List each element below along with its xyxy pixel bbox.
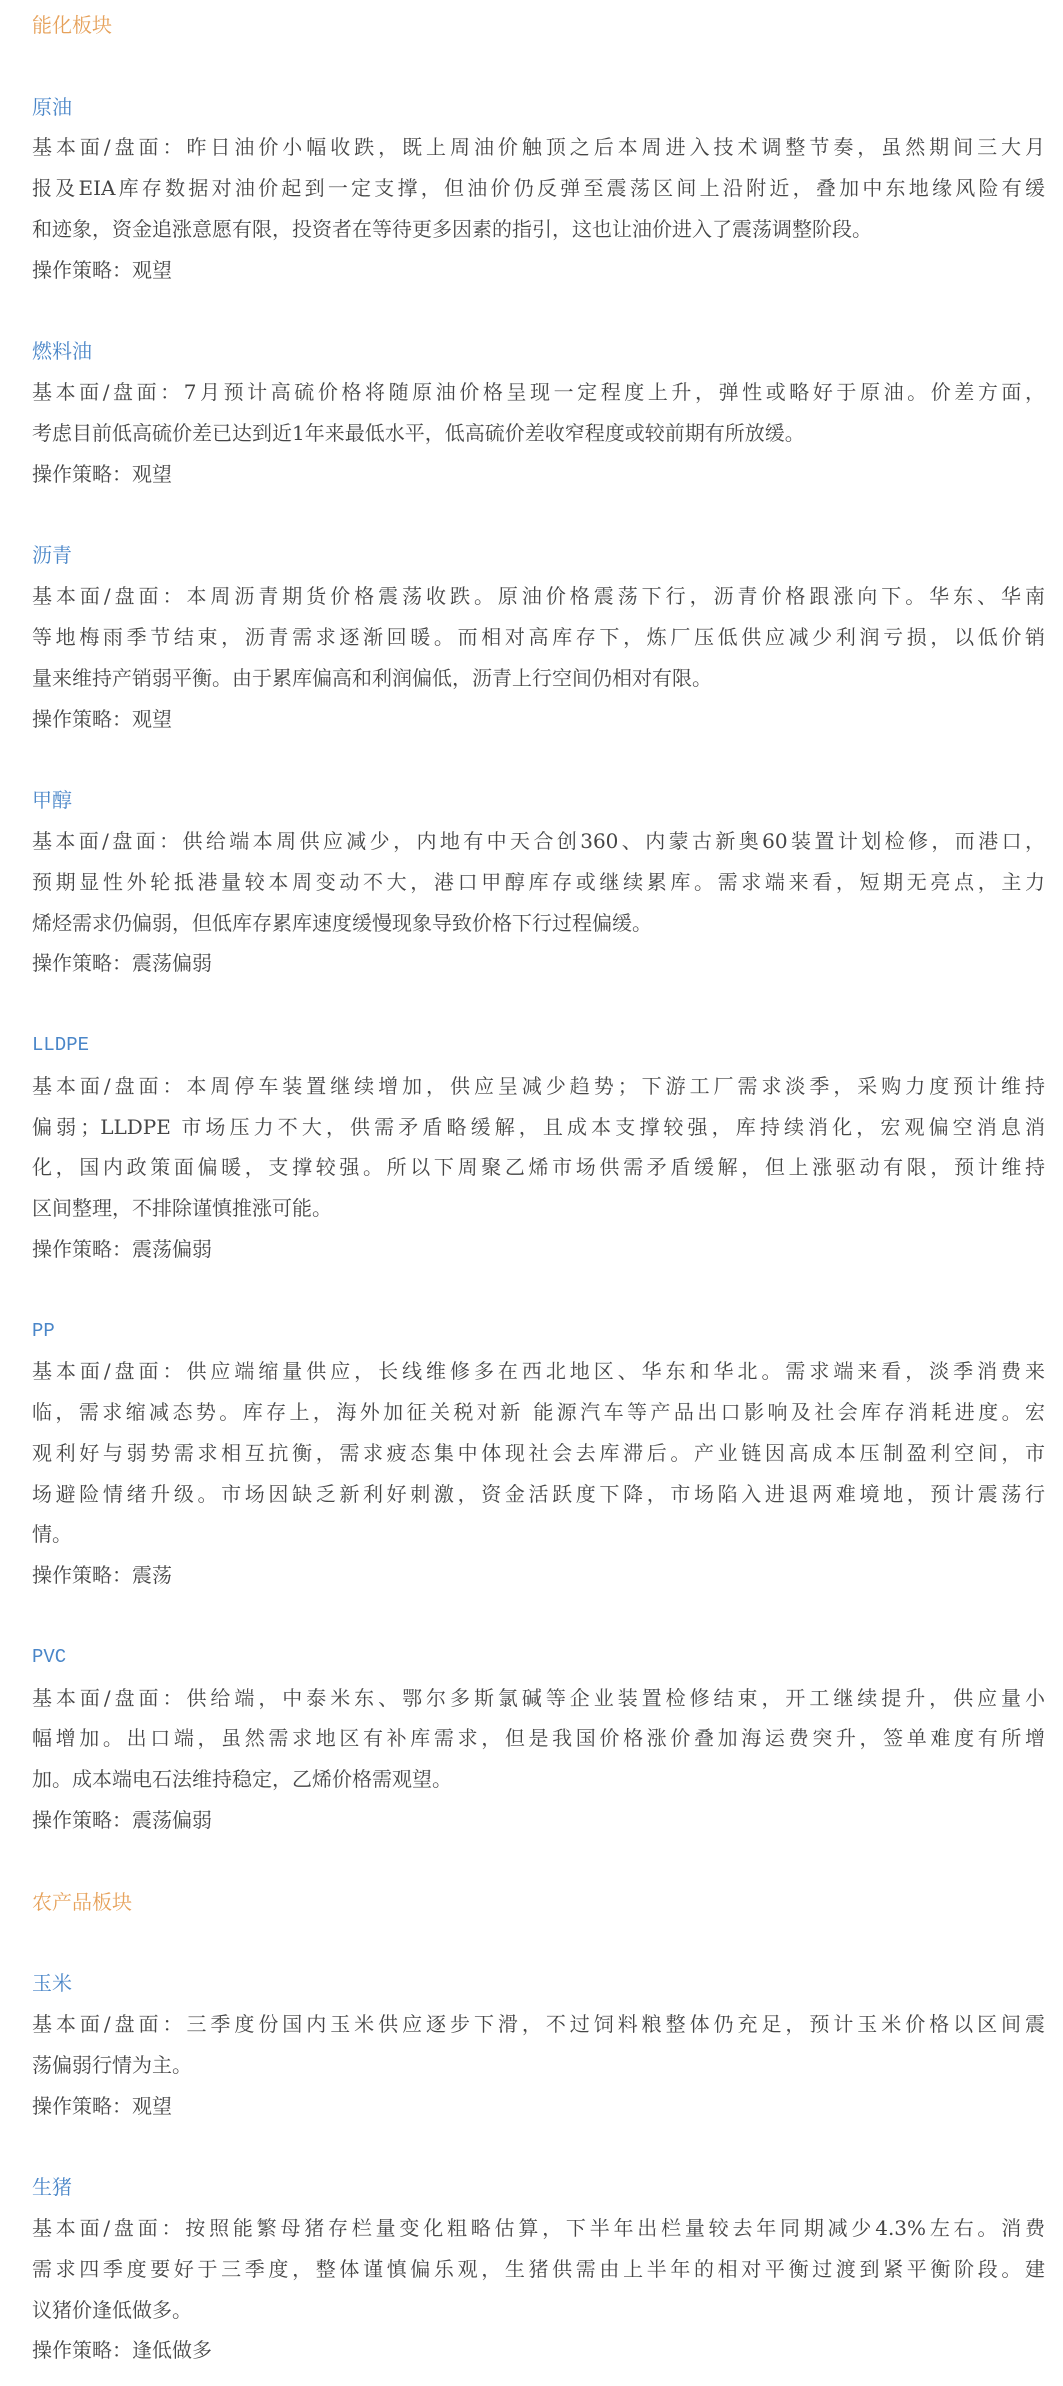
fundamentals-line: 观利好与弱势需求相互抗衡，需求疲态集中体现社会去库滞后。产业链因高成本压制盈利空… [32,1433,1045,1474]
fundamentals-line: 预期显性外轮抵港量较本周变动不大，港口甲醇库存或继续累库。需求端来看，短期无亮点… [32,862,1045,903]
product-title: 燃料油 [32,331,1045,372]
fundamentals-line: 和迹象，资金追涨意愿有限，投资者在等待更多因素的指引，这也让油价进入了震荡调整阶… [32,209,1045,250]
spacer [32,984,1045,1025]
strategy-line: 操作策略：震荡偏弱 [32,1800,1045,1841]
product-title: 玉米 [32,1963,1045,2004]
product-title: PP [32,1311,1045,1352]
strategy-line: 操作策略：震荡偏弱 [32,943,1045,984]
product-pvc: PVC 基本面/盘面：供给端，中泰米东、鄂尔多斯氯碱等企业装置检修结束，开工继续… [32,1637,1045,1841]
strategy-line: 操作策略：观望 [32,699,1045,740]
fundamentals-line: 考虑目前低高硫价差已达到近1年来最低水平，低高硫价差收窄程度或较前期有所放缓。 [32,413,1045,454]
fundamentals-line: 基本面/盘面：按照能繁母猪存栏量变化粗略估算，下半年出栏量较去年同期减少4.3%… [32,2208,1045,2249]
strategy-line: 操作策略：逢低做多 [32,2330,1045,2371]
fundamentals-line: 临，需求缩减态势。库存上，海外加征关税对新 能源汽车等产品出口影响及社会库存消耗… [32,1392,1045,1433]
fundamentals-line: 量来维持产销弱平衡。由于累库偏高和利润偏低，沥青上行空间仍相对有限。 [32,658,1045,699]
spacer [32,739,1045,780]
strategy-line: 操作策略：震荡 [32,1555,1045,1596]
sector-energy-chemical: 能化板块 原油 基本面/盘面：昨日油价小幅收跌，既上周油价触顶之后本周进入技术调… [32,5,1045,1882]
sector-title: 能化板块 [32,5,1045,46]
fundamentals-line: 报及EIA库存数据对油价起到一定支撑，但油价仍反弹至震荡区间上沿附近，叠加中东地… [32,168,1045,209]
fundamentals-line: 需求四季度要好于三季度，整体谨慎偏乐观，生猪供需由上半年的相对平衡过渡到紧平衡阶… [32,2249,1045,2290]
product-pp: PP 基本面/盘面：供应端缩量供应，长线维修多在西北地区、华东和华北。需求端来看… [32,1311,1045,1597]
product-title: LLDPE [32,1025,1045,1066]
product-title: PVC [32,1637,1045,1678]
spacer [32,1922,1045,1963]
product-title: 生猪 [32,2167,1045,2208]
strategy-line: 操作策略：观望 [32,2086,1045,2127]
product-title: 原油 [32,87,1045,128]
fundamentals-line: 基本面/盘面：供给端，中泰米东、鄂尔多斯氯碱等企业装置检修结束，开工继续提升，供… [32,1678,1045,1719]
spacer [32,291,1045,332]
fundamentals-line: 区间整理，不排除谨慎推涨可能。 [32,1188,1045,1229]
product-crude-oil: 原油 基本面/盘面：昨日油价小幅收跌，既上周油价触顶之后本周进入技术调整节奏，虽… [32,87,1045,291]
product-corn: 玉米 基本面/盘面：三季度份国内玉米供应逐步下滑，不过饲料粮整体仍充足，预计玉米… [32,1963,1045,2126]
fundamentals-line: 等地梅雨季节结束，沥青需求逐渐回暖。而相对高库存下，炼厂压低供应减少利润亏损，以… [32,617,1045,658]
fundamentals-line: 基本面/盘面：供应端缩量供应，长线维修多在西北地区、华东和华北。需求端来看，淡季… [32,1351,1045,1392]
report-page: 能化板块 原油 基本面/盘面：昨日油价小幅收跌，既上周油价触顶之后本周进入技术调… [0,0,1063,2371]
fundamentals-line: 化，国内政策面偏暖，支撑较强。所以下周聚乙烯市场供需矛盾缓解，但上涨驱动有限，预… [32,1147,1045,1188]
fundamentals-line: 基本面/盘面：本周沥青期货价格震荡收跌。原油价格震荡下行，沥青价格跟涨向下。华东… [32,576,1045,617]
sector-agricultural: 农产品板块 玉米 基本面/盘面：三季度份国内玉米供应逐步下滑，不过饲料粮整体仍充… [32,1882,1045,2372]
fundamentals-line: 情。 [32,1514,1045,1555]
spacer [32,2126,1045,2167]
spacer [32,1841,1045,1882]
spacer [32,1270,1045,1311]
product-live-hog: 生猪 基本面/盘面：按照能繁母猪存栏量变化粗略估算，下半年出栏量较去年同期减少4… [32,2167,1045,2371]
product-fuel-oil: 燃料油 基本面/盘面：7月预计高硫价格将随原油价格呈现一定程度上升，弹性或略好于… [32,331,1045,494]
product-asphalt: 沥青 基本面/盘面：本周沥青期货价格震荡收跌。原油价格震荡下行，沥青价格跟涨向下… [32,535,1045,739]
spacer [32,495,1045,536]
strategy-line: 操作策略：震荡偏弱 [32,1229,1045,1270]
fundamentals-line: 偏弱；LLDPE 市场压力不大，供需矛盾略缓解，且成本支撑较强，库持续消化，宏观… [32,1107,1045,1148]
spacer [32,1596,1045,1637]
product-title: 沥青 [32,535,1045,576]
fundamentals-line: 基本面/盘面：三季度份国内玉米供应逐步下滑，不过饲料粮整体仍充足，预计玉米价格以… [32,2004,1045,2045]
product-methanol: 甲醇 基本面/盘面：供给端本周供应减少，内地有中天合创360、内蒙古新奥60装置… [32,780,1045,984]
product-lldpe: LLDPE 基本面/盘面：本周停车装置继续增加，供应呈减少趋势；下游工厂需求淡季… [32,1025,1045,1270]
fundamentals-line: 荡偏弱行情为主。 [32,2045,1045,2086]
strategy-line: 操作策略：观望 [32,454,1045,495]
fundamentals-line: 基本面/盘面：7月预计高硫价格将随原油价格呈现一定程度上升，弹性或略好于原油。价… [32,372,1045,413]
strategy-line: 操作策略：观望 [32,250,1045,291]
product-title: 甲醇 [32,780,1045,821]
fundamentals-line: 加。成本端电石法维持稳定，乙烯价格需观望。 [32,1759,1045,1800]
fundamentals-line: 基本面/盘面：昨日油价小幅收跌，既上周油价触顶之后本周进入技术调整节奏，虽然期间… [32,127,1045,168]
fundamentals-line: 幅增加。出口端，虽然需求地区有补库需求，但是我国价格涨价叠加海运费突升，签单难度… [32,1718,1045,1759]
fundamentals-line: 基本面/盘面：供给端本周供应减少，内地有中天合创360、内蒙古新奥60装置计划检… [32,821,1045,862]
fundamentals-line: 基本面/盘面：本周停车装置继续增加，供应呈减少趋势；下游工厂需求淡季，采购力度预… [32,1066,1045,1107]
fundamentals-line: 烯烃需求仍偏弱，但低库存累库速度缓慢现象导致价格下行过程偏缓。 [32,903,1045,944]
fundamentals-line: 议猪价逢低做多。 [32,2290,1045,2331]
fundamentals-line: 场避险情绪升级。市场因缺乏新利好刺激，资金活跃度下降，市场陷入进退两难境地，预计… [32,1474,1045,1515]
spacer [32,46,1045,87]
sector-title: 农产品板块 [32,1882,1045,1923]
